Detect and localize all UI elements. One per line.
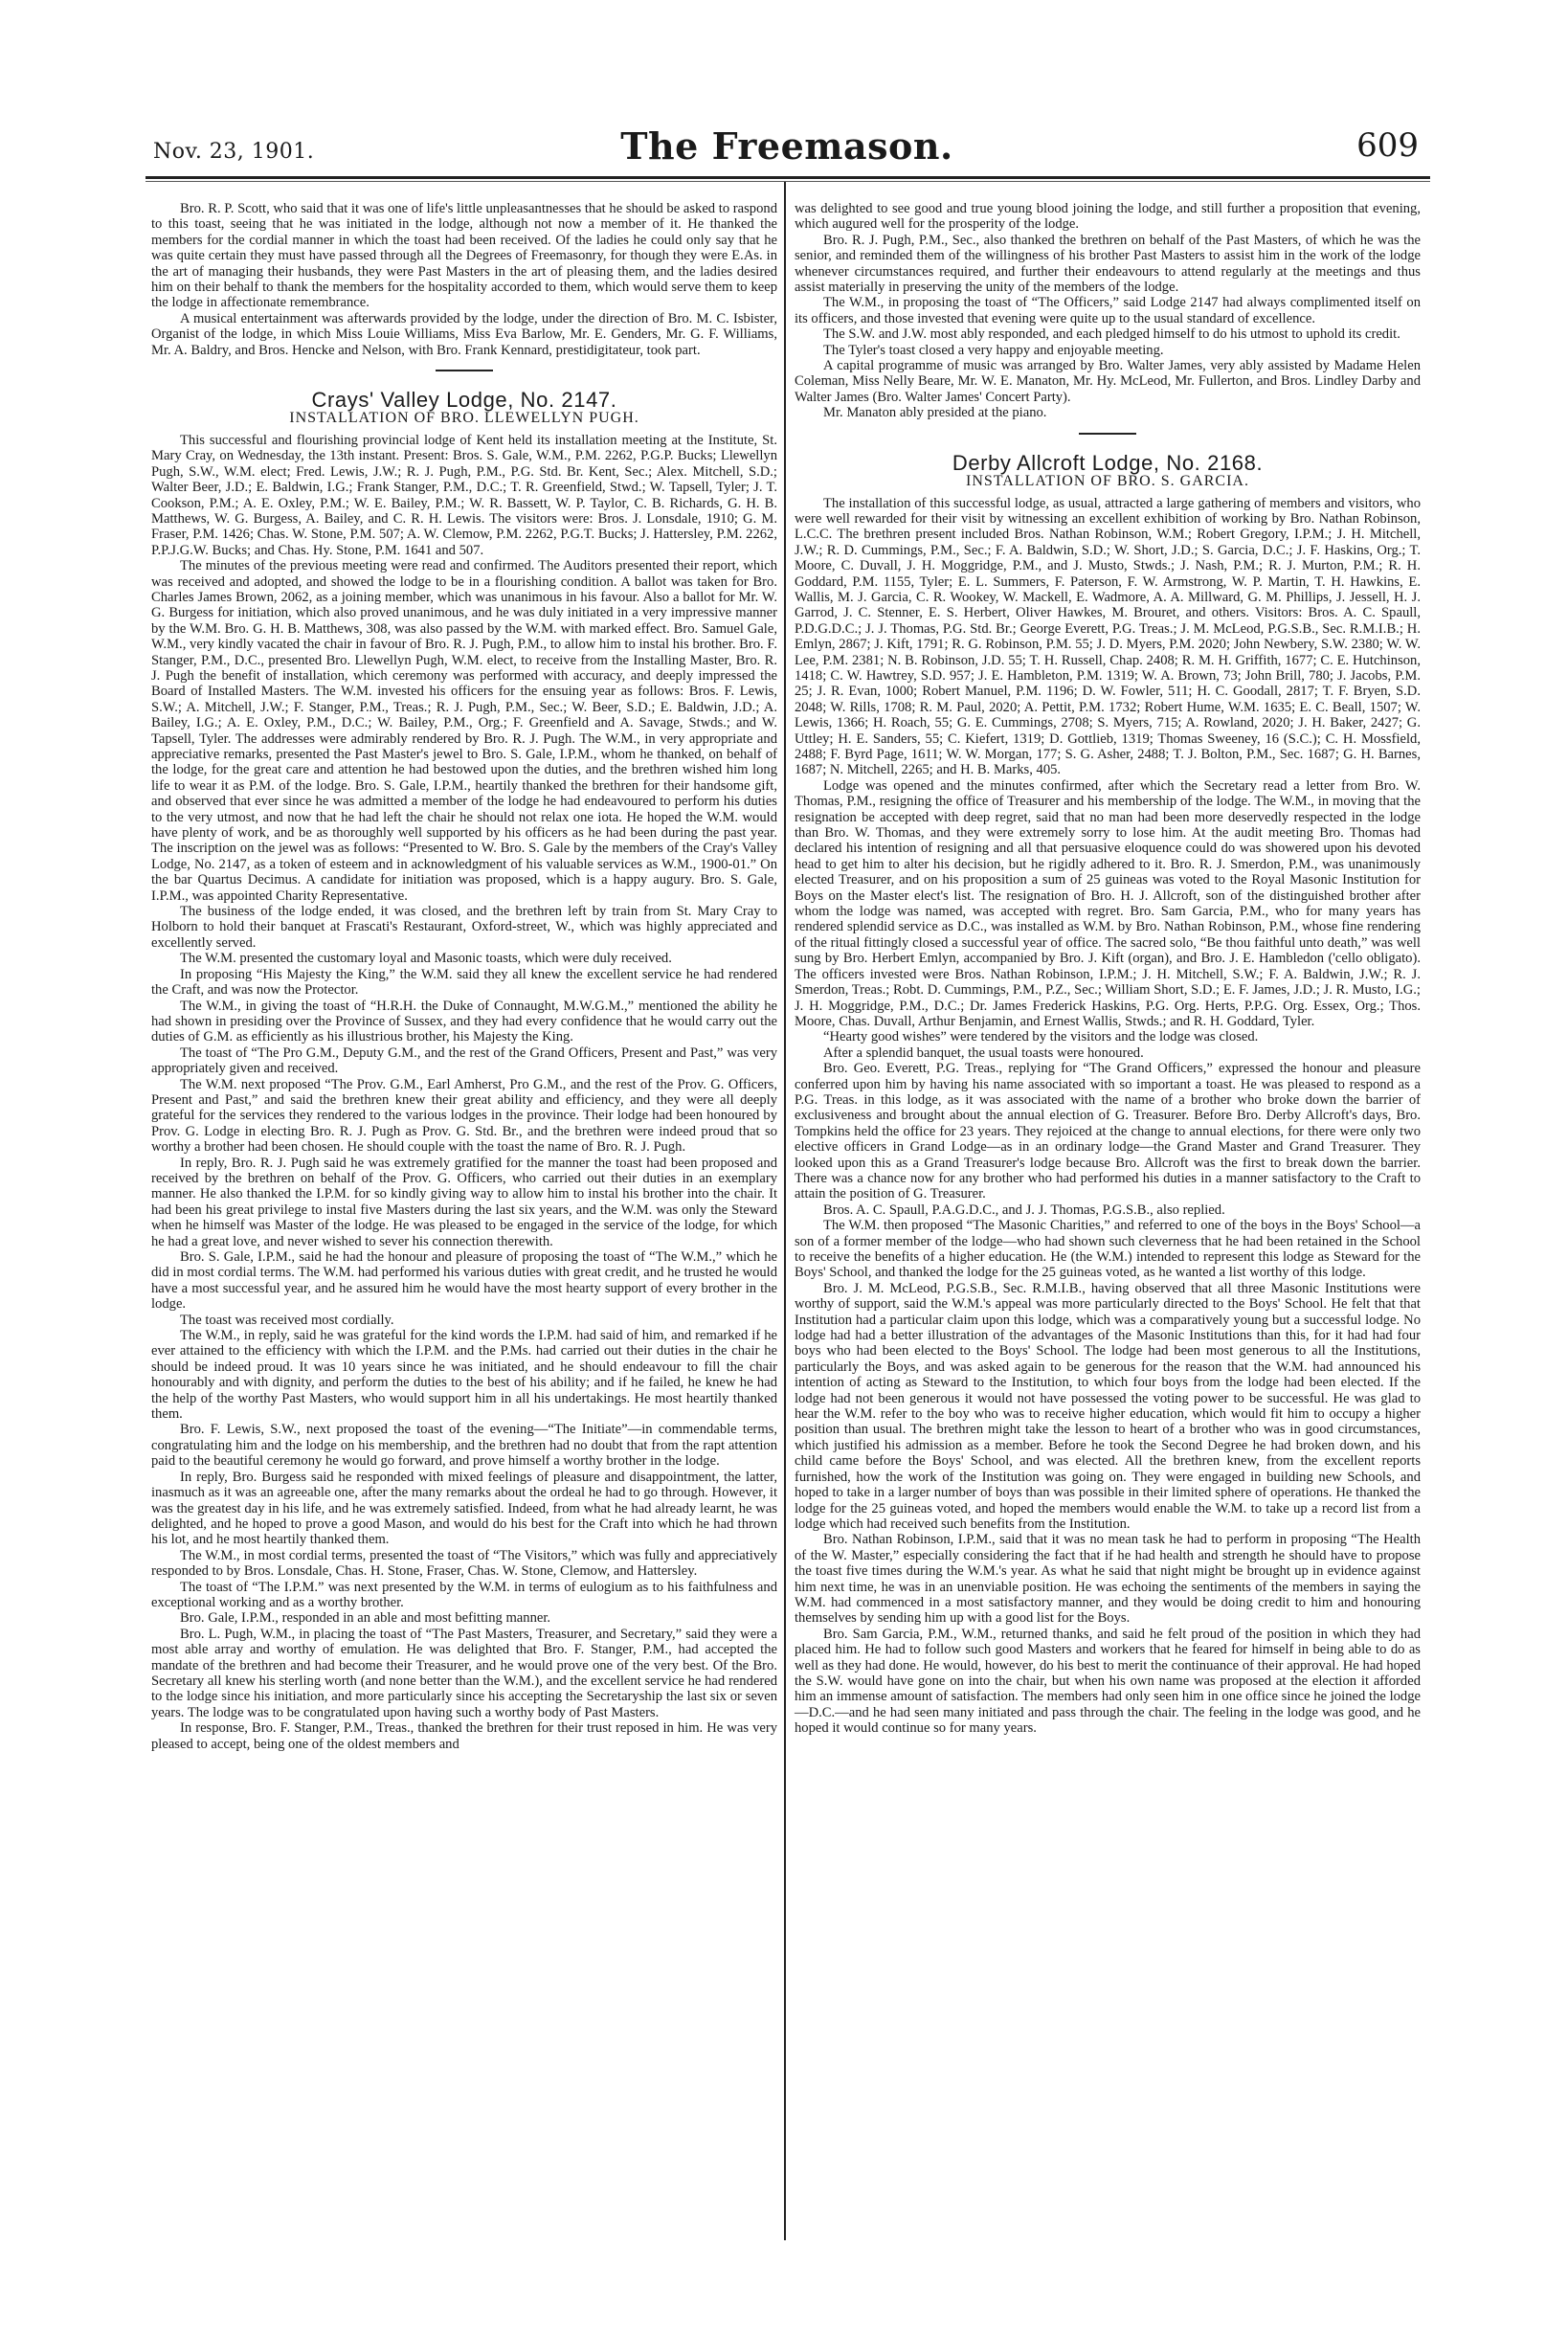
right-column: was delighted to see good and true young… — [795, 201, 1421, 1737]
paragraph: Bro. F. Lewis, S.W., next proposed the t… — [151, 1422, 777, 1469]
left-column: Bro. R. P. Scott, who said that it was o… — [151, 201, 777, 1752]
paragraph: “Hearty good wishes” were tendered by th… — [795, 1029, 1421, 1044]
paragraph: The toast of “The Pro G.M., Deputy G.M.,… — [151, 1045, 777, 1077]
paragraph: The minutes of the previous meeting were… — [151, 558, 777, 904]
paragraph: Bro. S. Gale, I.P.M., said he had the ho… — [151, 1249, 777, 1313]
paragraph: Bros. A. C. Spaull, P.A.G.D.C., and J. J… — [795, 1202, 1421, 1218]
paragraph: was delighted to see good and true young… — [795, 201, 1421, 233]
paragraph: The Tyler's toast closed a very happy an… — [795, 343, 1421, 358]
paragraph: Lodge was opened and the minutes confirm… — [795, 778, 1421, 1030]
section-separator — [1079, 433, 1136, 435]
paragraph: In response, Bro. F. Stanger, P.M., Trea… — [151, 1720, 777, 1752]
paragraph: A capital programme of music was arrange… — [795, 358, 1421, 405]
article-body-crays-valley: This successful and flourishing provinci… — [151, 433, 777, 1752]
paragraph: The S.W. and J.W. most ably responded, a… — [795, 326, 1421, 342]
column-divider — [784, 182, 786, 2240]
paragraph: Bro. Nathan Robinson, I.P.M., said that … — [795, 1532, 1421, 1626]
page-number: 609 — [1356, 126, 1419, 165]
section-separator — [436, 370, 493, 371]
article-subtitle: INSTALLATION OF BRO. LLEWELLYN PUGH. — [151, 411, 777, 426]
paragraph: Bro. R. J. Pugh, P.M., Sec., also thanke… — [795, 233, 1421, 296]
paragraph: The W.M. presented the customary loyal a… — [151, 951, 777, 966]
paragraph: After a splendid banquet, the usual toas… — [795, 1045, 1421, 1061]
paragraph: Mr. Manaton ably presided at the piano. — [795, 405, 1421, 420]
right-continued-text: was delighted to see good and true young… — [795, 201, 1421, 421]
paragraph: The installation of this successful lodg… — [795, 496, 1421, 778]
paragraph: A musical entertainment was afterwards p… — [151, 311, 777, 358]
paragraph: The W.M. then proposed “The Masonic Char… — [795, 1218, 1421, 1281]
paragraph: In reply, Bro. R. J. Pugh said he was ex… — [151, 1156, 777, 1249]
publication-title: The Freemason. — [146, 124, 1428, 168]
paragraph: In reply, Bro. Burgess said he responded… — [151, 1470, 777, 1548]
paragraph: Bro. Geo. Everett, P.G. Treas., replying… — [795, 1061, 1421, 1202]
paragraph: The W.M., in most cordial terms, present… — [151, 1548, 777, 1580]
masthead-rule-thin — [146, 181, 1430, 182]
paragraph: The toast of “The I.P.M.” was next prese… — [151, 1580, 777, 1611]
paragraph: Bro. R. P. Scott, who said that it was o… — [151, 201, 777, 311]
paragraph: This successful and flourishing provinci… — [151, 433, 777, 558]
article-header-crays-valley: Crays' Valley Lodge, No. 2147. INSTALLAT… — [151, 393, 777, 427]
paragraph: The W.M., in proposing the toast of “The… — [795, 295, 1421, 326]
paragraph: The toast was received most cordially. — [151, 1313, 777, 1328]
left-continued-text: Bro. R. P. Scott, who said that it was o… — [151, 201, 777, 358]
paragraph: Bro. J. M. McLeod, P.G.S.B., Sec. R.M.I.… — [795, 1281, 1421, 1533]
masthead: Nov. 23, 1901. The Freemason. 609 — [146, 124, 1428, 174]
paragraph: Bro. L. Pugh, W.M., in placing the toast… — [151, 1627, 777, 1720]
paragraph: The W.M. next proposed “The Prov. G.M., … — [151, 1077, 777, 1156]
paragraph: In proposing “His Majesty the King,” the… — [151, 967, 777, 999]
paragraph: The business of the lodge ended, it was … — [151, 904, 777, 951]
article-title: Crays' Valley Lodge, No. 2147. — [151, 393, 777, 408]
paragraph: The W.M., in giving the toast of “H.R.H.… — [151, 999, 777, 1045]
masthead-rule — [146, 176, 1430, 179]
article-body-derby-allcroft: The installation of this successful lodg… — [795, 496, 1421, 1737]
article-header-derby-allcroft: Derby Allcroft Lodge, No. 2168. INSTALLA… — [795, 456, 1421, 490]
newspaper-page: Nov. 23, 1901. The Freemason. 609 Bro. R… — [0, 0, 1568, 2336]
article-title: Derby Allcroft Lodge, No. 2168. — [795, 456, 1421, 471]
paragraph: Bro. Gale, I.P.M., responded in an able … — [151, 1610, 777, 1626]
paragraph: Bro. Sam Garcia, P.M., W.M., returned th… — [795, 1627, 1421, 1737]
article-subtitle: INSTALLATION OF BRO. S. GARCIA. — [795, 474, 1421, 489]
paragraph: The W.M., in reply, said he was grateful… — [151, 1328, 777, 1422]
